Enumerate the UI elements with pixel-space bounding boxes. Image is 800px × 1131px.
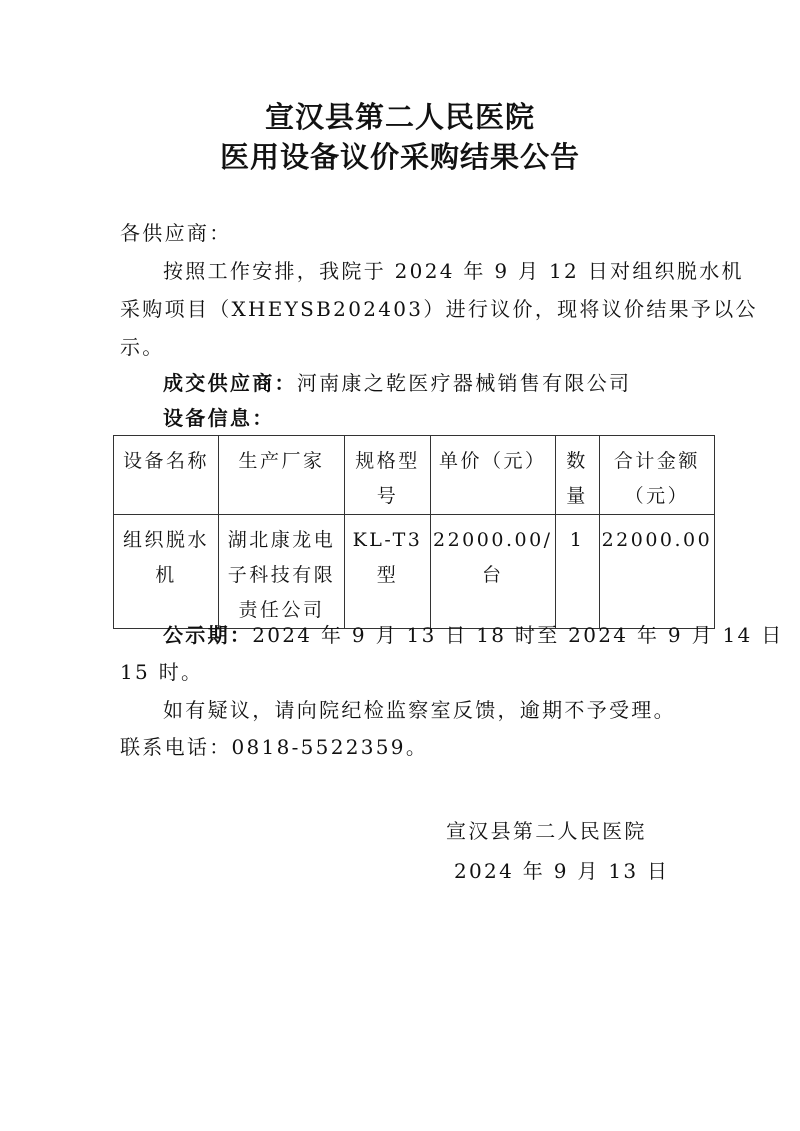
intro-line-2: 采购项目（XHEYSB202403）进行议价，现将议价结果予以公	[120, 296, 758, 322]
table-header-row: 设备名称 生产厂家 规格型 号 单价（元） 数 量 合计金额 （元）	[114, 436, 715, 515]
publicity-period-line-2: 15 时。	[120, 659, 203, 685]
document-page: 宣汉县第二人民医院 医用设备议价采购结果公告 各供应商： 按照工作安排，我院于 …	[0, 0, 800, 1131]
cell-unit-price: 22000.00/ 台	[431, 515, 556, 629]
header-equipment-name: 设备名称	[114, 436, 219, 515]
salutation: 各供应商：	[120, 220, 232, 246]
cell-model: KL-T3 型	[345, 515, 431, 629]
document-title-line1: 宣汉县第二人民医院	[0, 100, 800, 134]
publicity-label: 公示期：	[163, 623, 252, 647]
table-row: 组织脱水 机 湖北康龙电 子科技有限 责任公司 KL-T3 型 22000.00…	[114, 515, 715, 629]
header-total-amount: 合计金额 （元）	[599, 436, 715, 515]
signature-date: 2024 年 9 月 13 日	[454, 858, 669, 884]
signature-org: 宣汉县第二人民医院	[446, 818, 647, 844]
equipment-info-label: 设备信息：	[163, 405, 275, 431]
cell-manufacturer: 湖北康龙电 子科技有限 责任公司	[219, 515, 345, 629]
winning-supplier: 成交供应商：河南康之乾医疗器械销售有限公司	[163, 370, 631, 396]
header-manufacturer: 生产厂家	[219, 436, 345, 515]
equipment-table: 设备名称 生产厂家 规格型 号 单价（元） 数 量 合计金额 （元）	[113, 435, 715, 629]
header-unit-price: 单价（元）	[431, 436, 556, 515]
winning-supplier-value: 河南康之乾医疗器械销售有限公司	[297, 371, 632, 395]
cell-total-amount: 22000.00	[599, 515, 715, 629]
intro-line-1: 按照工作安排，我院于 2024 年 9 月 12 日对组织脱水机	[163, 258, 744, 284]
contact-phone: 联系电话：0818-5522359。	[120, 734, 428, 760]
winning-supplier-label: 成交供应商：	[163, 371, 297, 395]
cell-quantity: 1	[555, 515, 599, 629]
publicity-period-line-1: 公示期：2024 年 9 月 13 日 18 时至 2024 年 9 月 14 …	[163, 622, 784, 648]
header-model: 规格型 号	[345, 436, 431, 515]
intro-line-3: 示。	[120, 334, 165, 360]
objection-notice: 如有疑议，请向院纪检监察室反馈，逾期不予受理。	[163, 697, 676, 723]
document-title-line2: 医用设备议价采购结果公告	[0, 140, 800, 174]
header-quantity: 数 量	[555, 436, 599, 515]
publicity-value: 2024 年 9 月 13 日 18 时至 2024 年 9 月 14 日	[252, 623, 783, 647]
cell-equipment-name: 组织脱水 机	[114, 515, 219, 629]
